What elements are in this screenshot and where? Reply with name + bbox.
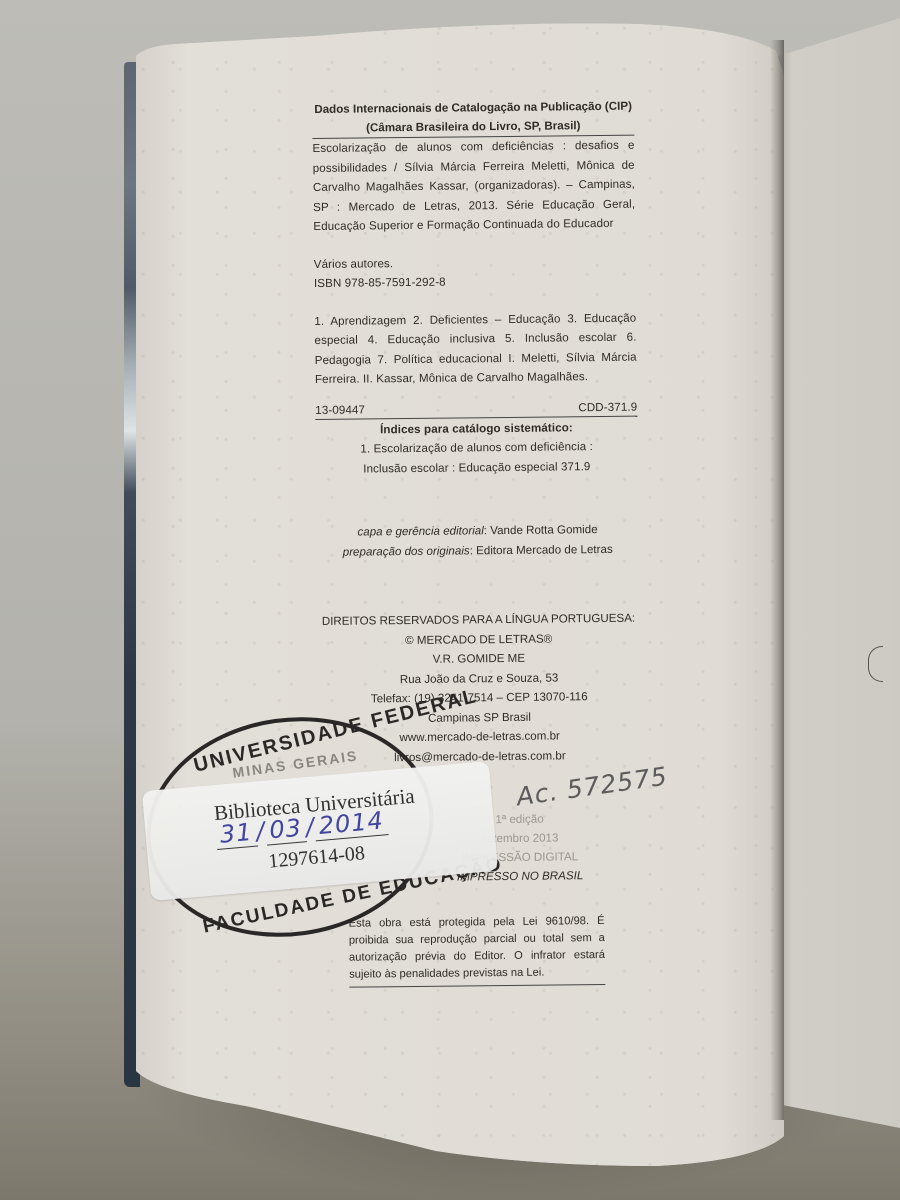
cip-title-line1: Dados Internacionais de Catalogação na P… <box>312 97 634 119</box>
right-page <box>772 18 900 1128</box>
credit-cover-label: capa e gerência editorial <box>357 524 483 538</box>
copyright-page-content: Dados Internacionais de Catalogação na P… <box>312 97 641 768</box>
classification-row: 13-09447 CDD-371.9 <box>315 398 637 419</box>
cip-record: Escolarização de alunos com deficiências… <box>312 135 638 479</box>
book-gutter <box>770 40 784 1120</box>
cdd-number: CDD-371.9 <box>578 398 637 416</box>
library-label-number: 1297614-08 <box>268 842 366 873</box>
legal-notice: Esta obra está protegida pela Lei 9610/9… <box>349 913 606 988</box>
control-number: 13-09447 <box>315 401 365 419</box>
cip-subjects: 1. Aprendizagem 2. Deficientes – Educaçã… <box>314 308 637 389</box>
index-line-2: Inclusão escolar : Educação especial 371… <box>316 456 638 479</box>
credit-prep-label: preparação dos originais <box>343 544 470 558</box>
date-month: 03 <box>264 813 307 845</box>
credit-prep-value: : Editora Mercado de Letras <box>470 542 613 556</box>
rights-line-1: DIREITOS RESERVADOS PARA A LÍNGUA PORTUG… <box>317 609 639 632</box>
index-line-1: 1. Escolarização de alunos com deficiênc… <box>316 437 638 460</box>
date-year: 2014 <box>314 806 389 841</box>
credit-cover: capa e gerência editorial: Vande Rotta G… <box>316 520 638 543</box>
cip-entry: Escolarização de alunos com deficiências… <box>312 136 635 237</box>
cip-heading: Dados Internacionais de Catalogação na P… <box>312 97 634 138</box>
pencil-mark <box>868 646 883 682</box>
date-day: 31 <box>215 818 258 850</box>
credit-prep: preparação dos originais: Editora Mercad… <box>317 539 639 562</box>
credits: capa e gerência editorial: Vande Rotta G… <box>316 520 638 562</box>
credit-cover-value: : Vande Rotta Gomide <box>484 523 598 537</box>
